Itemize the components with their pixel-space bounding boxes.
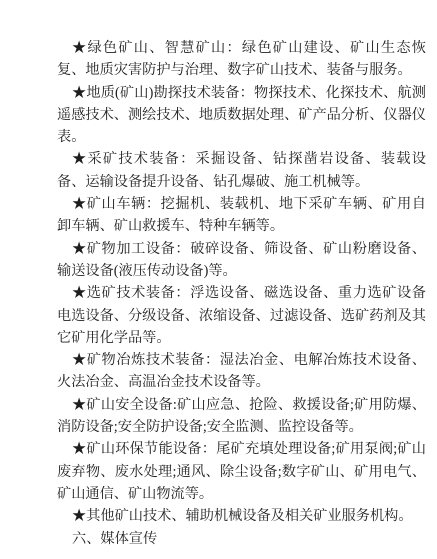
category-item-geology-exploration: ★地质(矿山)勘探技术装备：物探技术、化探技术、航测遥感技术、测绘技术、地质数据… (57, 82, 426, 149)
document-page: ★绿色矿山、智慧矿山：绿色矿山建设、矿山生态恢复、地质灾害防护与治理、数字矿山技… (0, 0, 437, 559)
category-item-mineral-processing: ★矿物加工设备：破碎设备、筛设备、矿山粉磨设备、输送设备(液压传动设备)等。 (57, 238, 426, 283)
category-item-environmental-energy: ★矿山环保节能设备：尾矿充填处理设备;矿用泵阀;矿山废弃物、废水处理;通风、除尘… (57, 438, 426, 505)
section-heading-media: 六、媒体宣传 (57, 528, 426, 550)
category-item-mine-vehicles: ★矿山车辆：挖掘机、装载机、地下采矿车辆、矿用自卸车辆、矿山救援车、特种车辆等。 (57, 193, 426, 238)
category-item-green-mine: ★绿色矿山、智慧矿山：绿色矿山建设、矿山生态恢复、地质灾害防护与治理、数字矿山技… (57, 37, 426, 82)
category-item-smelting: ★矿物冶炼技术装备：湿法冶金、电解冶炼技术设备、火法冶金、高温冶金技术设备等。 (57, 349, 426, 394)
category-item-ore-dressing: ★选矿技术装备：浮选设备、磁选设备、重力选矿设备电选设备、分级设备、浓缩设备、过… (57, 282, 426, 349)
category-item-mining-tech-equipment: ★采矿技术装备：采掘设备、钻探凿岩设备、装载设备、运输设备提升设备、钻孔爆破、施… (57, 148, 426, 193)
category-item-other-services: ★其他矿山技术、辅助机械设备及相关矿业服务机构。 (57, 505, 426, 527)
category-item-mine-safety: ★矿山安全设备:矿山应急、抢险、救援设备;矿用防爆、消防设备;安全防护设备;安全… (57, 394, 426, 439)
